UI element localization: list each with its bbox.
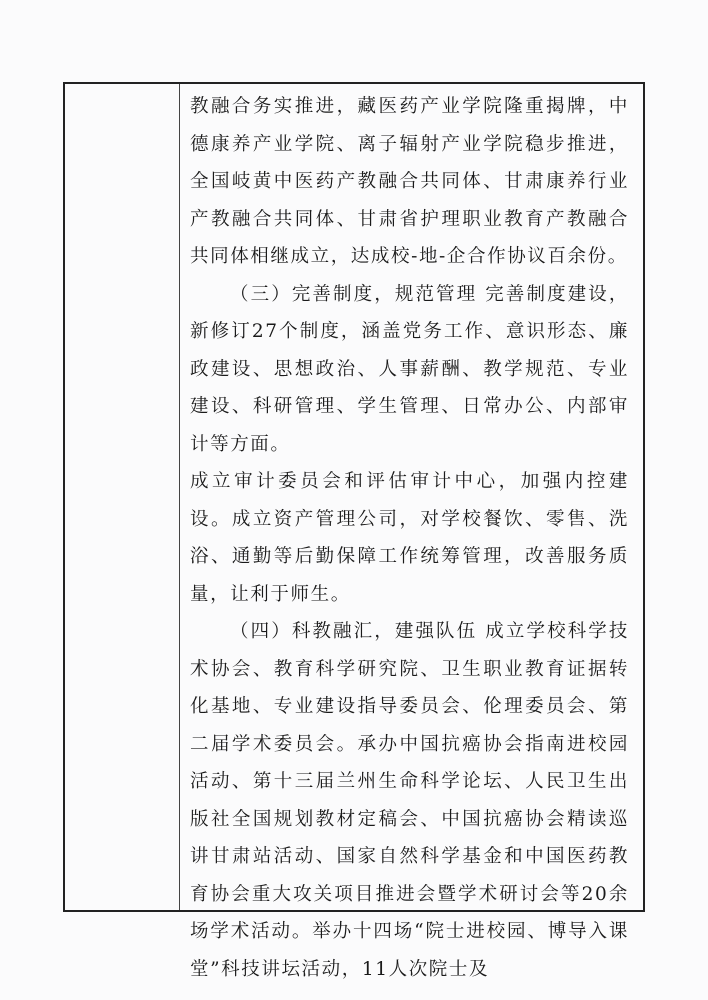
paragraph-industry-education: 教融合务实推进，藏医药产业学院隆重揭牌，中德康养产业学院、离子辐射产业学院稳步推… xyxy=(190,88,629,276)
table-content-cell: 教融合务实推进，藏医药产业学院隆重揭牌，中德康养产业学院、离子辐射产业学院稳步推… xyxy=(181,84,643,910)
table-label-cell xyxy=(65,84,180,910)
paragraph-section-4-science-education: （四）科教融汇，建强队伍 成立学校科学技术协会、教育科学研究院、卫生职业教育证据… xyxy=(190,613,629,988)
document-table: 教融合务实推进，藏医药产业学院隆重揭牌，中德康养产业学院、离子辐射产业学院稳步推… xyxy=(63,82,645,912)
paragraph-section-3-systems: （三）完善制度，规范管理 完善制度建设，新修订27个制度，涵盖党务工作、意识形态… xyxy=(190,276,629,464)
paragraph-audit-assets: 成立审计委员会和评估审计中心，加强内控建设。成立资产管理公司，对学校餐饮、零售、… xyxy=(190,463,629,613)
